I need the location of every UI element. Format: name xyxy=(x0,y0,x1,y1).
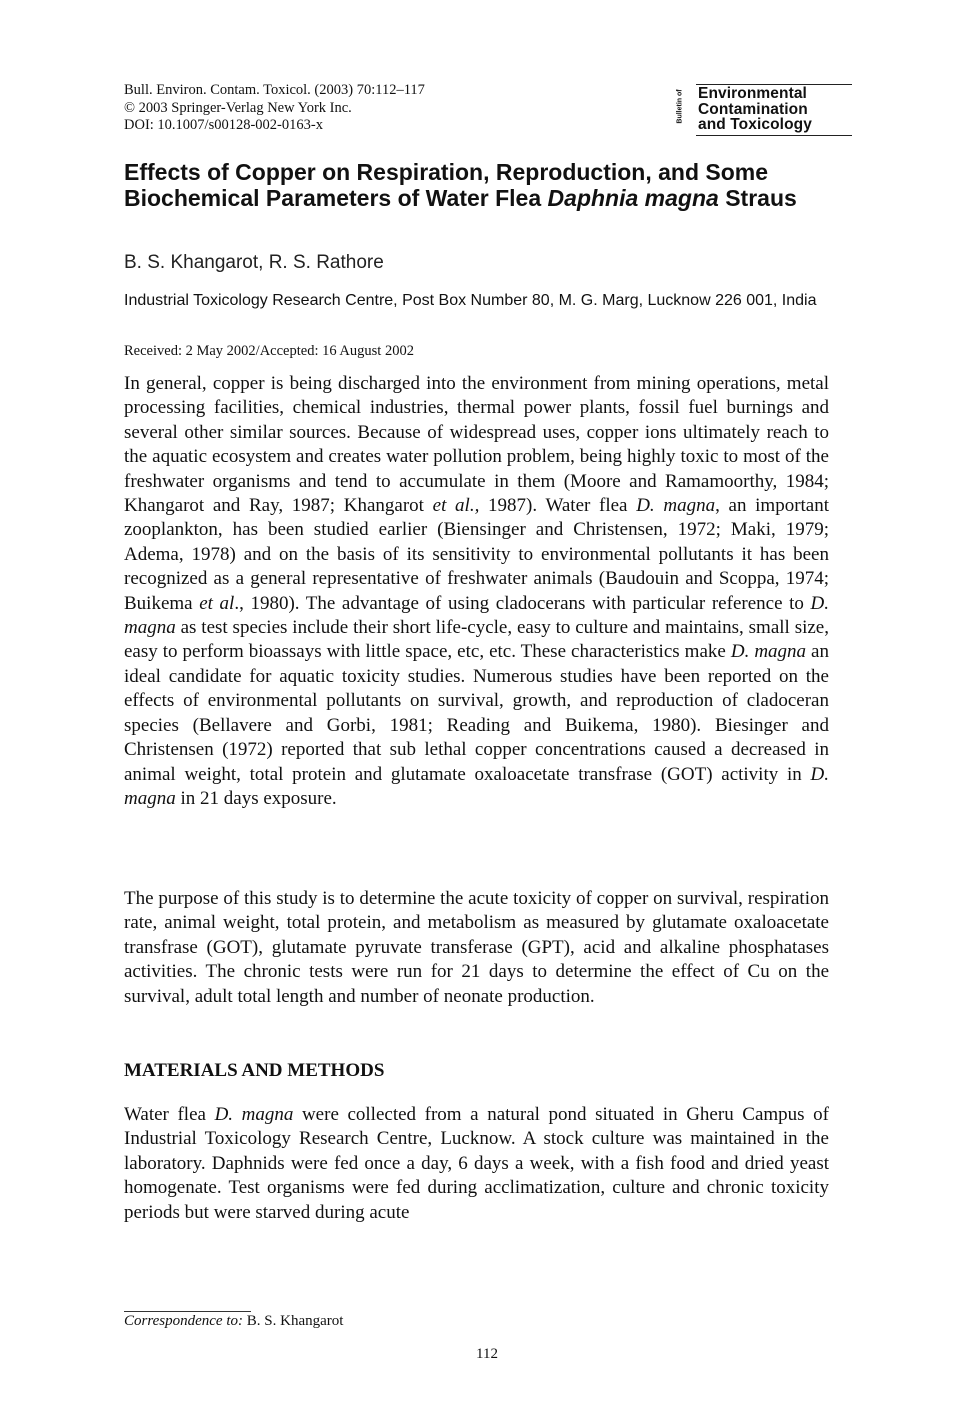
purpose-paragraph: The purpose of this study is to determin… xyxy=(124,887,829,1009)
intro-paragraph: In general, copper is being discharged i… xyxy=(124,372,829,811)
citation-header: Bull. Environ. Contam. Toxicol. (2003) 7… xyxy=(124,82,425,135)
logo-line: Contamination xyxy=(698,102,812,118)
page-number: 112 xyxy=(476,1346,498,1363)
doi-line: DOI: 10.1007/s00128-002-0163-x xyxy=(124,117,425,135)
title-species: Daphnia magna xyxy=(548,185,719,211)
logo-side-text: Bulletin of xyxy=(677,89,684,123)
correspondence-footnote: Correspondence to: B. S. Khangarot xyxy=(124,1313,343,1330)
copyright-line: © 2003 Springer-Verlag New York Inc. xyxy=(124,100,425,118)
logo-line: Environmental xyxy=(698,86,812,102)
received-date: Received: 2 May 2002/Accepted: 16 August… xyxy=(124,343,414,360)
methods-paragraph: Water flea D. magna were collected from … xyxy=(124,1103,829,1225)
authors: B. S. Khangarot, R. S. Rathore xyxy=(124,252,384,274)
citation-line: Bull. Environ. Contam. Toxicol. (2003) 7… xyxy=(124,82,425,100)
title-text-end: Straus xyxy=(719,185,797,211)
footnote-rule xyxy=(124,1311,251,1312)
section-heading: MATERIALS AND METHODS xyxy=(124,1060,384,1082)
logo-line: and Toxicology xyxy=(698,117,812,133)
article-title: Effects of Copper on Respiration, Reprod… xyxy=(124,160,864,211)
correspondence-label: Correspondence to: xyxy=(124,1313,243,1329)
journal-logo: Bulletin of Environmental Contamination … xyxy=(680,84,852,136)
correspondence-name: B. S. Khangarot xyxy=(243,1313,343,1329)
affiliation: Industrial Toxicology Research Centre, P… xyxy=(124,291,854,310)
